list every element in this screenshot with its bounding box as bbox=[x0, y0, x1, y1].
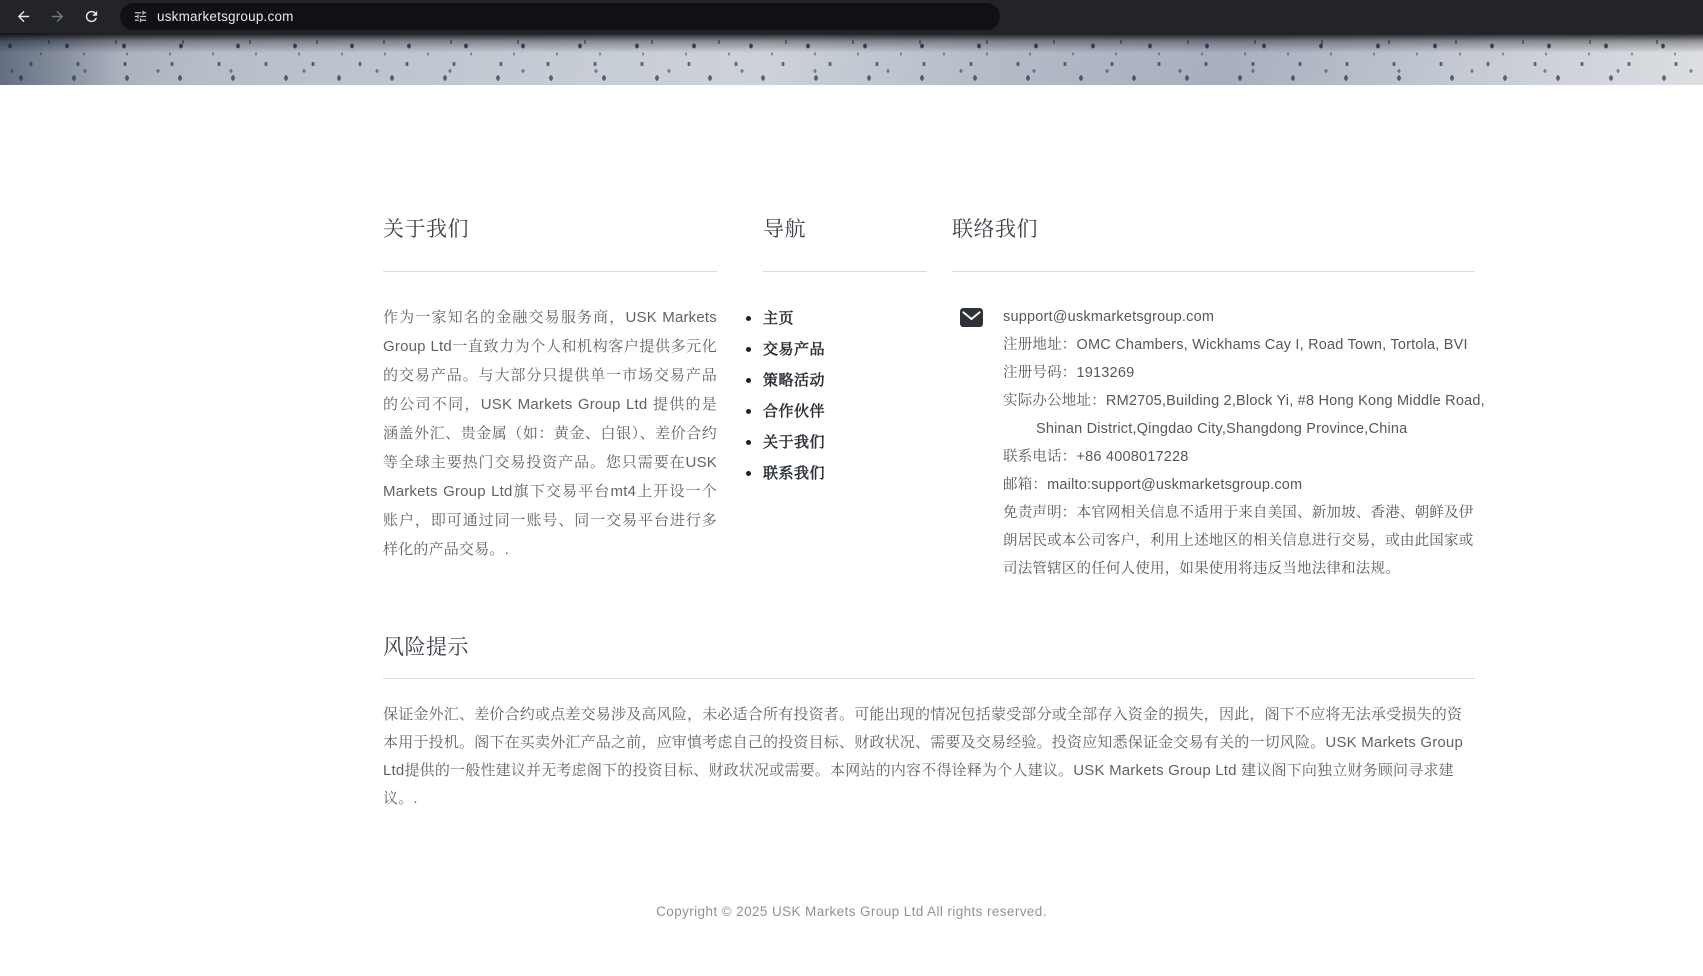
footer: 关于我们 作为一家知名的金融交易服务商，USK Markets Group Lt… bbox=[383, 85, 1475, 813]
about-text: 作为一家知名的金融交易服务商，USK Markets Group Ltd一直致力… bbox=[383, 303, 717, 564]
url-text: uskmarketsgroup.com bbox=[157, 9, 294, 24]
reload-icon bbox=[83, 8, 100, 25]
contact-row: support@uskmarketsgroup.com bbox=[1003, 303, 1475, 331]
divider bbox=[763, 271, 927, 272]
footer-nav-section: 导航 主页 交易产品 策略活动 合作伙伴 关于我们 联系我们 bbox=[763, 215, 927, 583]
nav-title: 导航 bbox=[763, 215, 927, 245]
risk-section: 风险提示 保证金外汇、差价合约或点差交易涉及高风险，未必适合所有投资者。可能出现… bbox=[383, 633, 1475, 813]
contact-row: 邮箱：mailto:support@uskmarketsgroup.com bbox=[1003, 471, 1475, 499]
tune-icon[interactable] bbox=[133, 9, 148, 24]
contact-row: 注册地址：OMC Chambers, Wickhams Cay I, Road … bbox=[1003, 331, 1475, 359]
forward-arrow-icon bbox=[49, 8, 66, 25]
divider bbox=[383, 678, 1475, 679]
contact-row: Shinan District,Qingdao City,Shangdong P… bbox=[1003, 415, 1475, 443]
contact-row: 免责声明：本官网相关信息不适用于来自美国、新加坡、香港、朝鲜及伊朗居民或本公司客… bbox=[1003, 499, 1475, 583]
footer-nav-item[interactable]: 关于我们 bbox=[763, 427, 927, 458]
contact-row: 注册号码：1913269 bbox=[1003, 359, 1475, 387]
divider bbox=[383, 271, 717, 272]
back-arrow-icon bbox=[15, 8, 32, 25]
footer-contact-section: 联络我们 support@uskmarketsgroup.com 注册地址：OM… bbox=[952, 215, 1475, 583]
contact-row: 联系电话：+86 4008017228 bbox=[1003, 443, 1475, 471]
copyright-text: Copyright © 2025 USK Markets Group Ltd A… bbox=[0, 904, 1703, 919]
mail-icon bbox=[960, 308, 983, 327]
footer-nav-item[interactable]: 主页 bbox=[763, 303, 927, 334]
footer-nav-item[interactable]: 策略活动 bbox=[763, 365, 927, 396]
address-bar[interactable]: uskmarketsgroup.com bbox=[120, 3, 1000, 30]
footer-nav-list: 主页 交易产品 策略活动 合作伙伴 关于我们 联系我们 bbox=[763, 303, 927, 489]
footer-nav-item[interactable]: 合作伙伴 bbox=[763, 396, 927, 427]
risk-text: 保证金外汇、差价合约或点差交易涉及高风险，未必适合所有投资者。可能出现的情况包括… bbox=[383, 701, 1475, 813]
footer-nav-item[interactable]: 联系我们 bbox=[763, 458, 927, 489]
about-title: 关于我们 bbox=[383, 215, 717, 245]
footer-nav-item[interactable]: 交易产品 bbox=[763, 334, 927, 365]
forward-button[interactable] bbox=[43, 3, 71, 31]
header-banner-image bbox=[0, 33, 1703, 85]
back-button[interactable] bbox=[9, 3, 37, 31]
contact-row: 实际办公地址：RM2705,Building 2,Block Yi, #8 Ho… bbox=[1003, 387, 1475, 415]
browser-toolbar: uskmarketsgroup.com bbox=[0, 0, 1703, 33]
contact-rows: support@uskmarketsgroup.com 注册地址：OMC Cha… bbox=[1003, 303, 1475, 583]
footer-about-section: 关于我们 作为一家知名的金融交易服务商，USK Markets Group Lt… bbox=[383, 215, 717, 583]
contact-title: 联络我们 bbox=[952, 215, 1475, 245]
risk-title: 风险提示 bbox=[383, 633, 1475, 663]
divider bbox=[952, 271, 1475, 272]
reload-button[interactable] bbox=[77, 3, 105, 31]
